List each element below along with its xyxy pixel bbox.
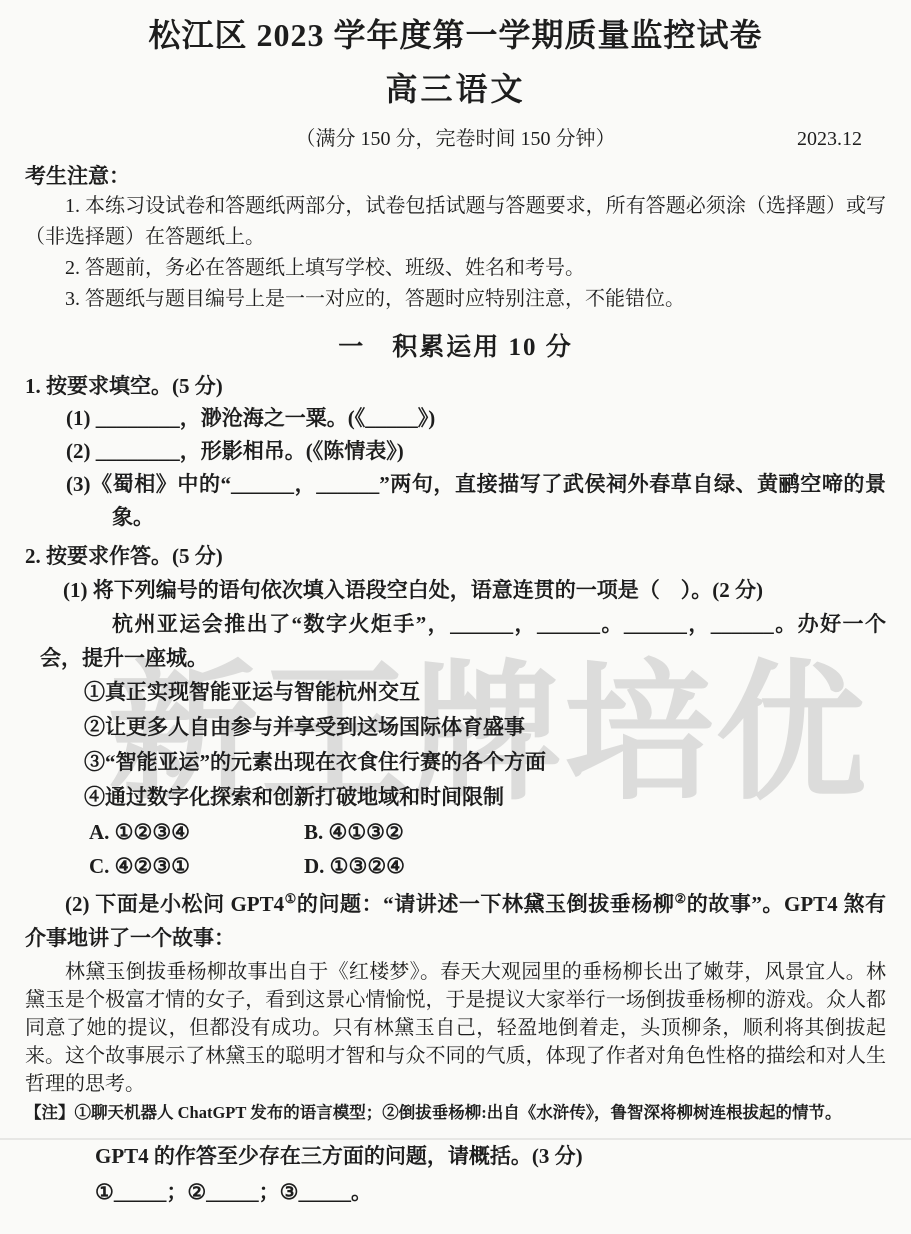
option-d: D. ①③②④ [304,849,519,883]
option-b: B. ④①③② [304,815,519,849]
statement-2: ②让更多人自由参与并享受到这场国际体育盛事 [84,710,886,745]
exam-subject: 高三语文 [25,68,886,110]
notice-item: 2. 答题前，务必在答题纸上填写学校、班级、姓名和考号。 [25,253,886,284]
q1-item-1: (1) ________，渺沧海之一粟。(《_____》) [66,402,886,435]
footnote: 【注】①聊天机器人 ChatGPT 发布的语言模型；②倒拔垂杨柳:出自《水浒传》… [25,1100,886,1125]
q2-sub2-stem-part1: (2) 下面是小松问 GPT4 [65,892,284,916]
q2-stem: 2. 按要求作答。(5 分) [25,540,886,572]
statement-3: ③“智能亚运”的元素出现在衣食住行赛的各个方面 [84,745,886,780]
q2-sub2-stem: (2) 下面是小松问 GPT4①的问题：“请讲述一下林黛玉倒拔垂杨柳②的故事”。… [25,887,886,955]
q2-sub1-passage: 杭州亚运会推出了“数字火炬手”，______，______。______，___… [40,607,886,675]
exam-paper-page: 新王牌培优 松江区 2023 学年度第一学期质量监控试卷 高三语文 （满分 15… [0,0,911,1234]
options-row-1: A. ①②③④ B. ④①③② [89,815,886,849]
section-one-heading: 一 积累运用 10 分 [25,331,886,364]
options-row-2: C. ④②③① D. ①③②④ [89,849,886,883]
notice-item: 3. 答题纸与题目编号上是一一对应的，答题时应特别注意，不能错位。 [25,284,886,315]
option-c: C. ④②③① [89,849,304,883]
exam-meta-row: （满分 150 分，完卷时间 150 分钟） 2023.12 [25,125,886,153]
q1-item-3: (3)《蜀相》中的“______，______”两句，直接描写了武侯祠外春草自绿… [66,468,886,534]
story-paragraph: 林黛玉倒拔垂杨柳故事出自于《红楼梦》。春天大观园里的垂杨柳长出了嫩芽，风景宜人。… [25,958,886,1098]
q2-sub2-stem-part2: 的问题：“请讲述一下林黛玉倒拔垂杨柳 [297,892,675,916]
exam-date: 2023.12 [797,125,862,153]
option-a: A. ①②③④ [89,815,304,849]
q2-sub1-stem: (1) 将下列编号的语句依次填入语段空白处，语意连贯的一项是（ ）。(2 分) [63,574,886,607]
footnote-ref-1: ① [284,891,297,906]
notice-item: 1. 本练习设试卷和答题纸两部分，试卷包括试题与答题要求，所有答题必须涂（选择题… [25,191,886,253]
q1-stem: 1. 按要求填空。(5 分) [25,370,886,402]
page-title: 松江区 2023 学年度第一学期质量监控试卷 [25,14,886,56]
exam-content: 松江区 2023 学年度第一学期质量监控试卷 高三语文 （满分 150 分，完卷… [0,14,911,1209]
answer-blanks: ①_____；②_____；③_____。 [95,1175,886,1209]
exam-meta: （满分 150 分，完卷时间 150 分钟） [296,128,616,150]
notice-heading: 考生注意： [25,161,886,191]
statement-4: ④通过数字化探索和创新打破地域和时间限制 [84,780,886,815]
q1-item-2: (2) ________，形影相吊。(《陈情表》) [66,435,886,468]
statement-1: ①真正实现智能亚运与智能杭州交互 [84,675,886,710]
footnote-ref-2: ② [674,891,686,906]
q2-sub2-task: GPT4 的作答至少存在三方面的问题，请概括。(3 分) [95,1141,886,1171]
